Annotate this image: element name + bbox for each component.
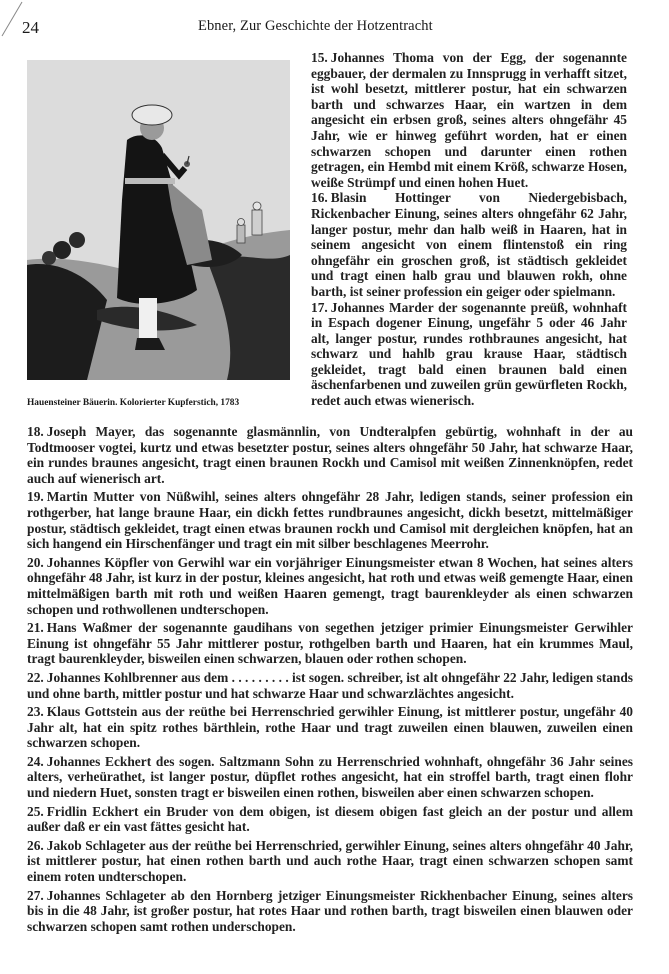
entry-27: 27.Johannes Schlageter ab den Hornberg j… (27, 888, 633, 935)
entry-24: 24.Johannes Eckhert des sogen. Saltzmann… (27, 754, 633, 801)
running-head: Ebner, Zur Geschichte der Hotzentracht (198, 18, 433, 35)
entry-16: 16.Blasin Hottinger von Niedergebisbach,… (311, 190, 627, 299)
entry-text: Blasin Hottinger von Niedergebisbach, Ri… (311, 190, 627, 299)
entry-number: 15. (311, 50, 328, 65)
entry-text: Jakob Schlageter aus der reüthe bei Herr… (27, 838, 633, 884)
entry-text: Martin Mutter von Nüßwihl, seines alters… (27, 489, 633, 551)
entry-20: 20.Johannes Köpfler von Gerwihl war ein … (27, 555, 633, 617)
entry-number: 18. (27, 424, 44, 439)
entry-number: 26. (27, 838, 44, 853)
entry-21: 21.Hans Waßmer der sogenannte gaudihans … (27, 620, 633, 667)
entry-15: 15.Johannes Thoma von der Egg, der sogen… (311, 50, 627, 190)
page-number: 24 (22, 18, 39, 38)
illustration-image (27, 60, 290, 380)
entry-18: 18.Joseph Mayer, das sogenannte glasmänn… (27, 424, 633, 486)
entry-26: 26.Jakob Schlageter aus der reüthe bei H… (27, 838, 633, 885)
entry-number: 17. (311, 300, 328, 315)
entry-text: Johannes Thoma von der Egg, der sogenann… (311, 50, 627, 190)
full-width-entries: 18.Joseph Mayer, das sogenannte glasmänn… (27, 424, 633, 937)
entry-number: 20. (27, 555, 44, 570)
entry-text: Johannes Köpfler von Gerwihl war ein vor… (27, 555, 633, 617)
entry-number: 25. (27, 804, 44, 819)
entry-number: 22. (27, 670, 44, 685)
entry-number: 23. (27, 704, 44, 719)
entry-text: Joseph Mayer, das sogenannte glasmännlin… (27, 424, 633, 486)
entry-text: Fridlin Eckhert ein Bruder von dem obige… (27, 804, 633, 835)
entry-23: 23.Klaus Gottstein aus der reüthe bei He… (27, 704, 633, 751)
entry-text: Johannes Eckhert des sogen. Saltzmann So… (27, 754, 633, 800)
entry-number: 16. (311, 190, 328, 205)
figure-caption: Hauensteiner Bäuerin. Kolorierter Kupfer… (27, 398, 317, 408)
entry-number: 27. (27, 888, 44, 903)
entry-number: 19. (27, 489, 44, 504)
entry-text: Hans Waßmer der sogenannte gaudihans von… (27, 620, 633, 666)
entry-19: 19.Martin Mutter von Nüßwihl, seines alt… (27, 489, 633, 551)
entry-text: Johannes Schlageter ab den Hornberg jetz… (27, 888, 633, 934)
entry-22: 22.Johannes Kohlbrenner aus dem . . . . … (27, 670, 633, 701)
right-column-entries: 15.Johannes Thoma von der Egg, der sogen… (311, 50, 627, 409)
entry-text: Johannes Kohlbrenner aus dem . . . . . .… (27, 670, 633, 701)
entry-17: 17.Johannes Marder der sogenannte preüß,… (311, 300, 627, 409)
entry-25: 25.Fridlin Eckhert ein Bruder von dem ob… (27, 804, 633, 835)
entry-text: Johannes Marder der sogenannte preüß, wo… (311, 300, 627, 409)
entry-number: 21. (27, 620, 44, 635)
entry-number: 24. (27, 754, 44, 769)
costume-illustration (27, 60, 290, 380)
entry-text: Klaus Gottstein aus der reüthe bei Herre… (27, 704, 633, 750)
